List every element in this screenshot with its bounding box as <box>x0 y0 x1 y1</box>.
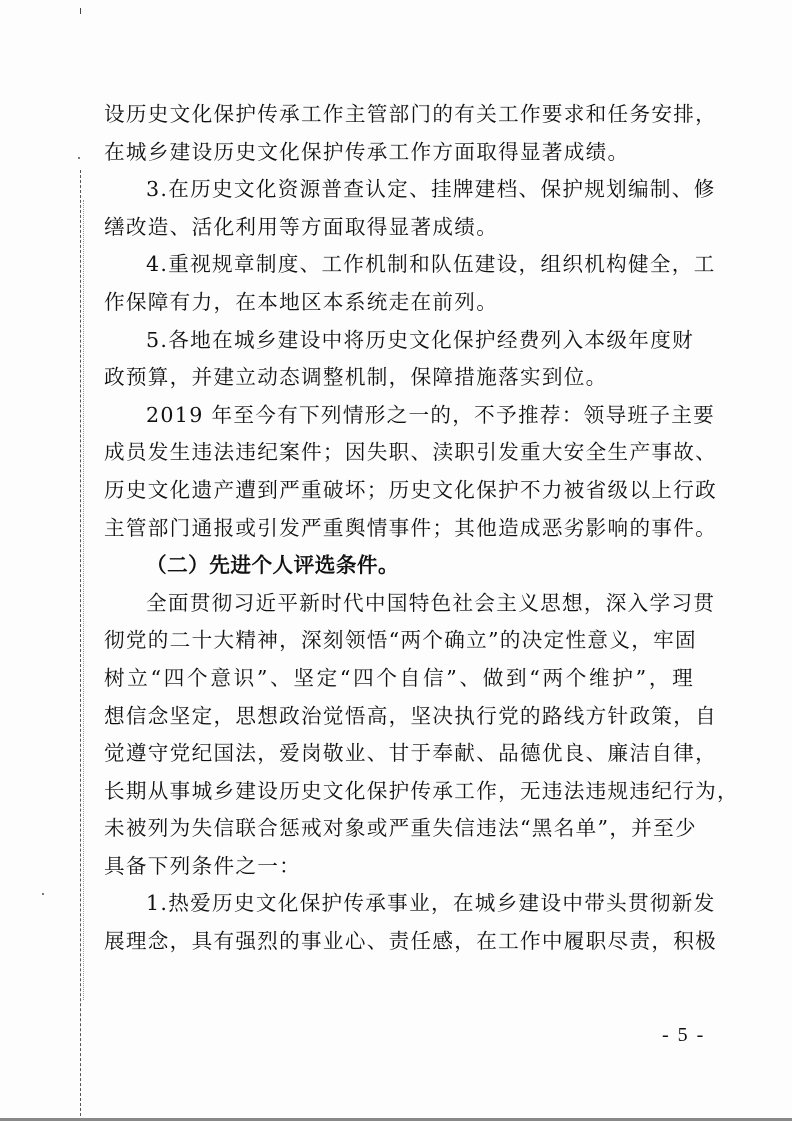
paragraph-line: 设历史文化保护传承工作主管部门的有关工作要求和任务安排， <box>104 96 694 134</box>
paragraph-line: 树立“四个意识”、坚定“四个自信”、做到“两个维护”，理 <box>104 660 694 698</box>
paragraph-line: 在城乡建设历史文化保护传承工作方面取得显著成绩。 <box>104 134 694 172</box>
paragraph-line: 3.在历史文化资源普查认定、挂牌建档、保护规划编制、修 <box>104 171 694 209</box>
paragraph-line: 成员发生违法违纪案件；因失职、渎职引发重大安全生产事故、 <box>104 434 694 472</box>
paragraph-line: 彻党的二十大精神，深刻领悟“两个确立”的决定性意义，牢固 <box>104 622 694 660</box>
document-page: 设历史文化保护传承工作主管部门的有关工作要求和任务安排， 在城乡建设历史文化保护… <box>0 0 792 1121</box>
document-body: 设历史文化保护传承工作主管部门的有关工作要求和任务安排， 在城乡建设历史文化保护… <box>104 96 694 961</box>
paragraph-line: 政预算，并建立动态调整机制，保障措施落实到位。 <box>104 359 694 397</box>
paragraph-line: 2019 年至今有下列情形之一的，不予推荐：领导班子主要 <box>104 397 694 435</box>
paragraph-line: 4.重视规章制度、工作机制和队伍建设，组织机构健全，工 <box>104 246 694 284</box>
binding-line-inner <box>83 200 84 1000</box>
paragraph-line: 展理念，具有强烈的事业心、责任感，在工作中履职尽责，积极 <box>104 923 694 961</box>
paragraph-line: 长期从事城乡建设历史文化保护传承工作，无违法违规违纪行为， <box>104 773 694 811</box>
paragraph-line: 全面贯彻习近平新时代中国特色社会主义思想，深入学习贯 <box>104 585 694 623</box>
binding-dot <box>78 157 80 159</box>
section-heading: （二）先进个人评选条件。 <box>104 547 694 585</box>
paragraph-line: 想信念坚定，思想政治觉悟高，坚决执行党的路线方针政策，自 <box>104 698 694 736</box>
paragraph-line: 主管部门通报或引发严重舆情事件；其他造成恶劣影响的事件。 <box>104 510 694 548</box>
binding-mark <box>80 8 81 14</box>
paragraph-line: 5.各地在城乡建设中将历史文化保护经费列入本级年度财 <box>104 322 694 360</box>
page-number: - 5 - <box>662 1024 705 1047</box>
binding-dot <box>42 893 44 895</box>
paragraph-line: 历史文化遗产遭到严重破坏；历史文化保护不力被省级以上行政 <box>104 472 694 510</box>
paragraph-line: 未被列为失信联合惩戒对象或严重失信违法“黑名单”，并至少 <box>104 810 694 848</box>
paragraph-line: 缮改造、活化利用等方面取得显著成绩。 <box>104 209 694 247</box>
paragraph-line: 具备下列条件之一： <box>104 848 694 886</box>
binding-line <box>80 170 81 1121</box>
paragraph-line: 觉遵守党纪国法，爱岗敬业、甘于奉献、品德优良、廉洁自律， <box>104 735 694 773</box>
paragraph-line: 作保障有力，在本地区本系统走在前列。 <box>104 284 694 322</box>
paragraph-line: 1.热爱历史文化保护传承事业，在城乡建设中带头贯彻新发 <box>104 885 694 923</box>
